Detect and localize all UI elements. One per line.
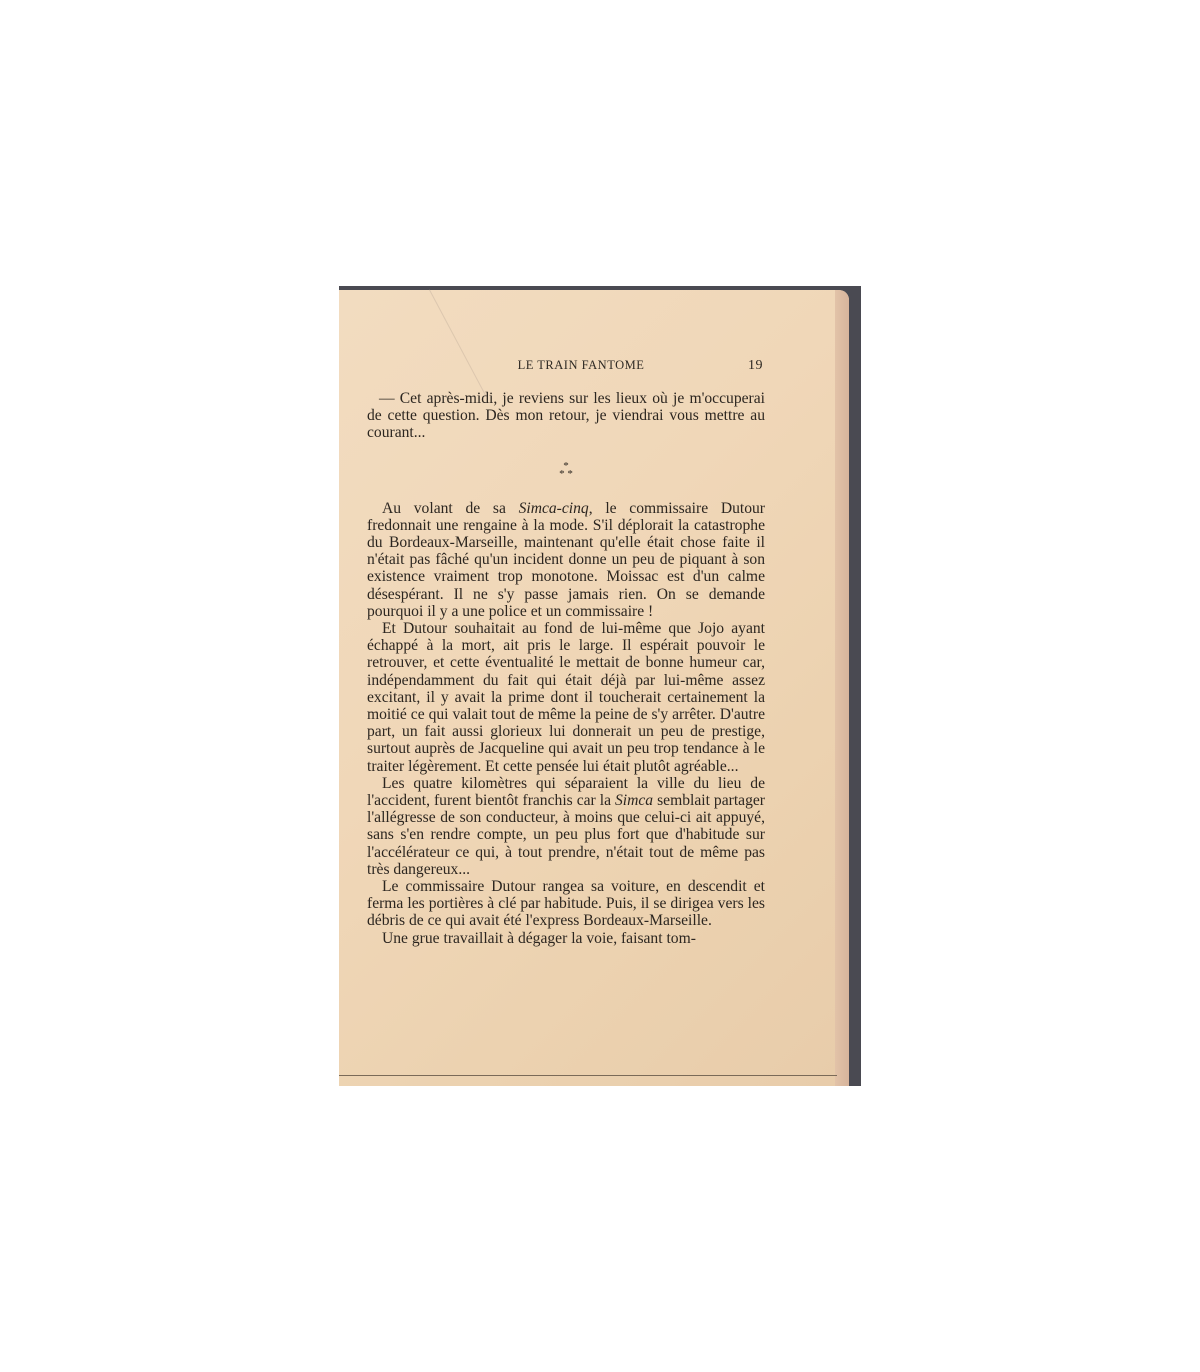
paragraph: Les quatre kilomètres qui séparaient la … [367, 775, 765, 878]
paragraph: Le commissaire Dutour rangea sa voiture,… [367, 878, 765, 930]
scanned-page: LE TRAIN FANTOME 19 — Cet après-midi, je… [339, 286, 861, 1086]
page-edge [835, 290, 849, 1086]
paragraph: Au volant de sa Simca-cinq, le commissai… [367, 500, 765, 620]
running-head-title: LE TRAIN FANTOME [359, 358, 763, 373]
paragraph: Et Dutour souhaitait au fond de lui-même… [367, 620, 765, 775]
paragraph: — Cet après-midi, je reviens sur les lie… [367, 390, 765, 442]
page-number: 19 [748, 358, 763, 374]
paper-crease [429, 290, 486, 396]
paragraph: Une grue travaillait à dégager la voie, … [367, 930, 765, 947]
body-text: — Cet après-midi, je reviens sur les lie… [367, 390, 765, 947]
book-page: LE TRAIN FANTOME 19 — Cet après-midi, je… [339, 290, 849, 1086]
section-break-dinkus: * * * [367, 462, 765, 478]
page-bottom-rule [339, 1075, 837, 1076]
